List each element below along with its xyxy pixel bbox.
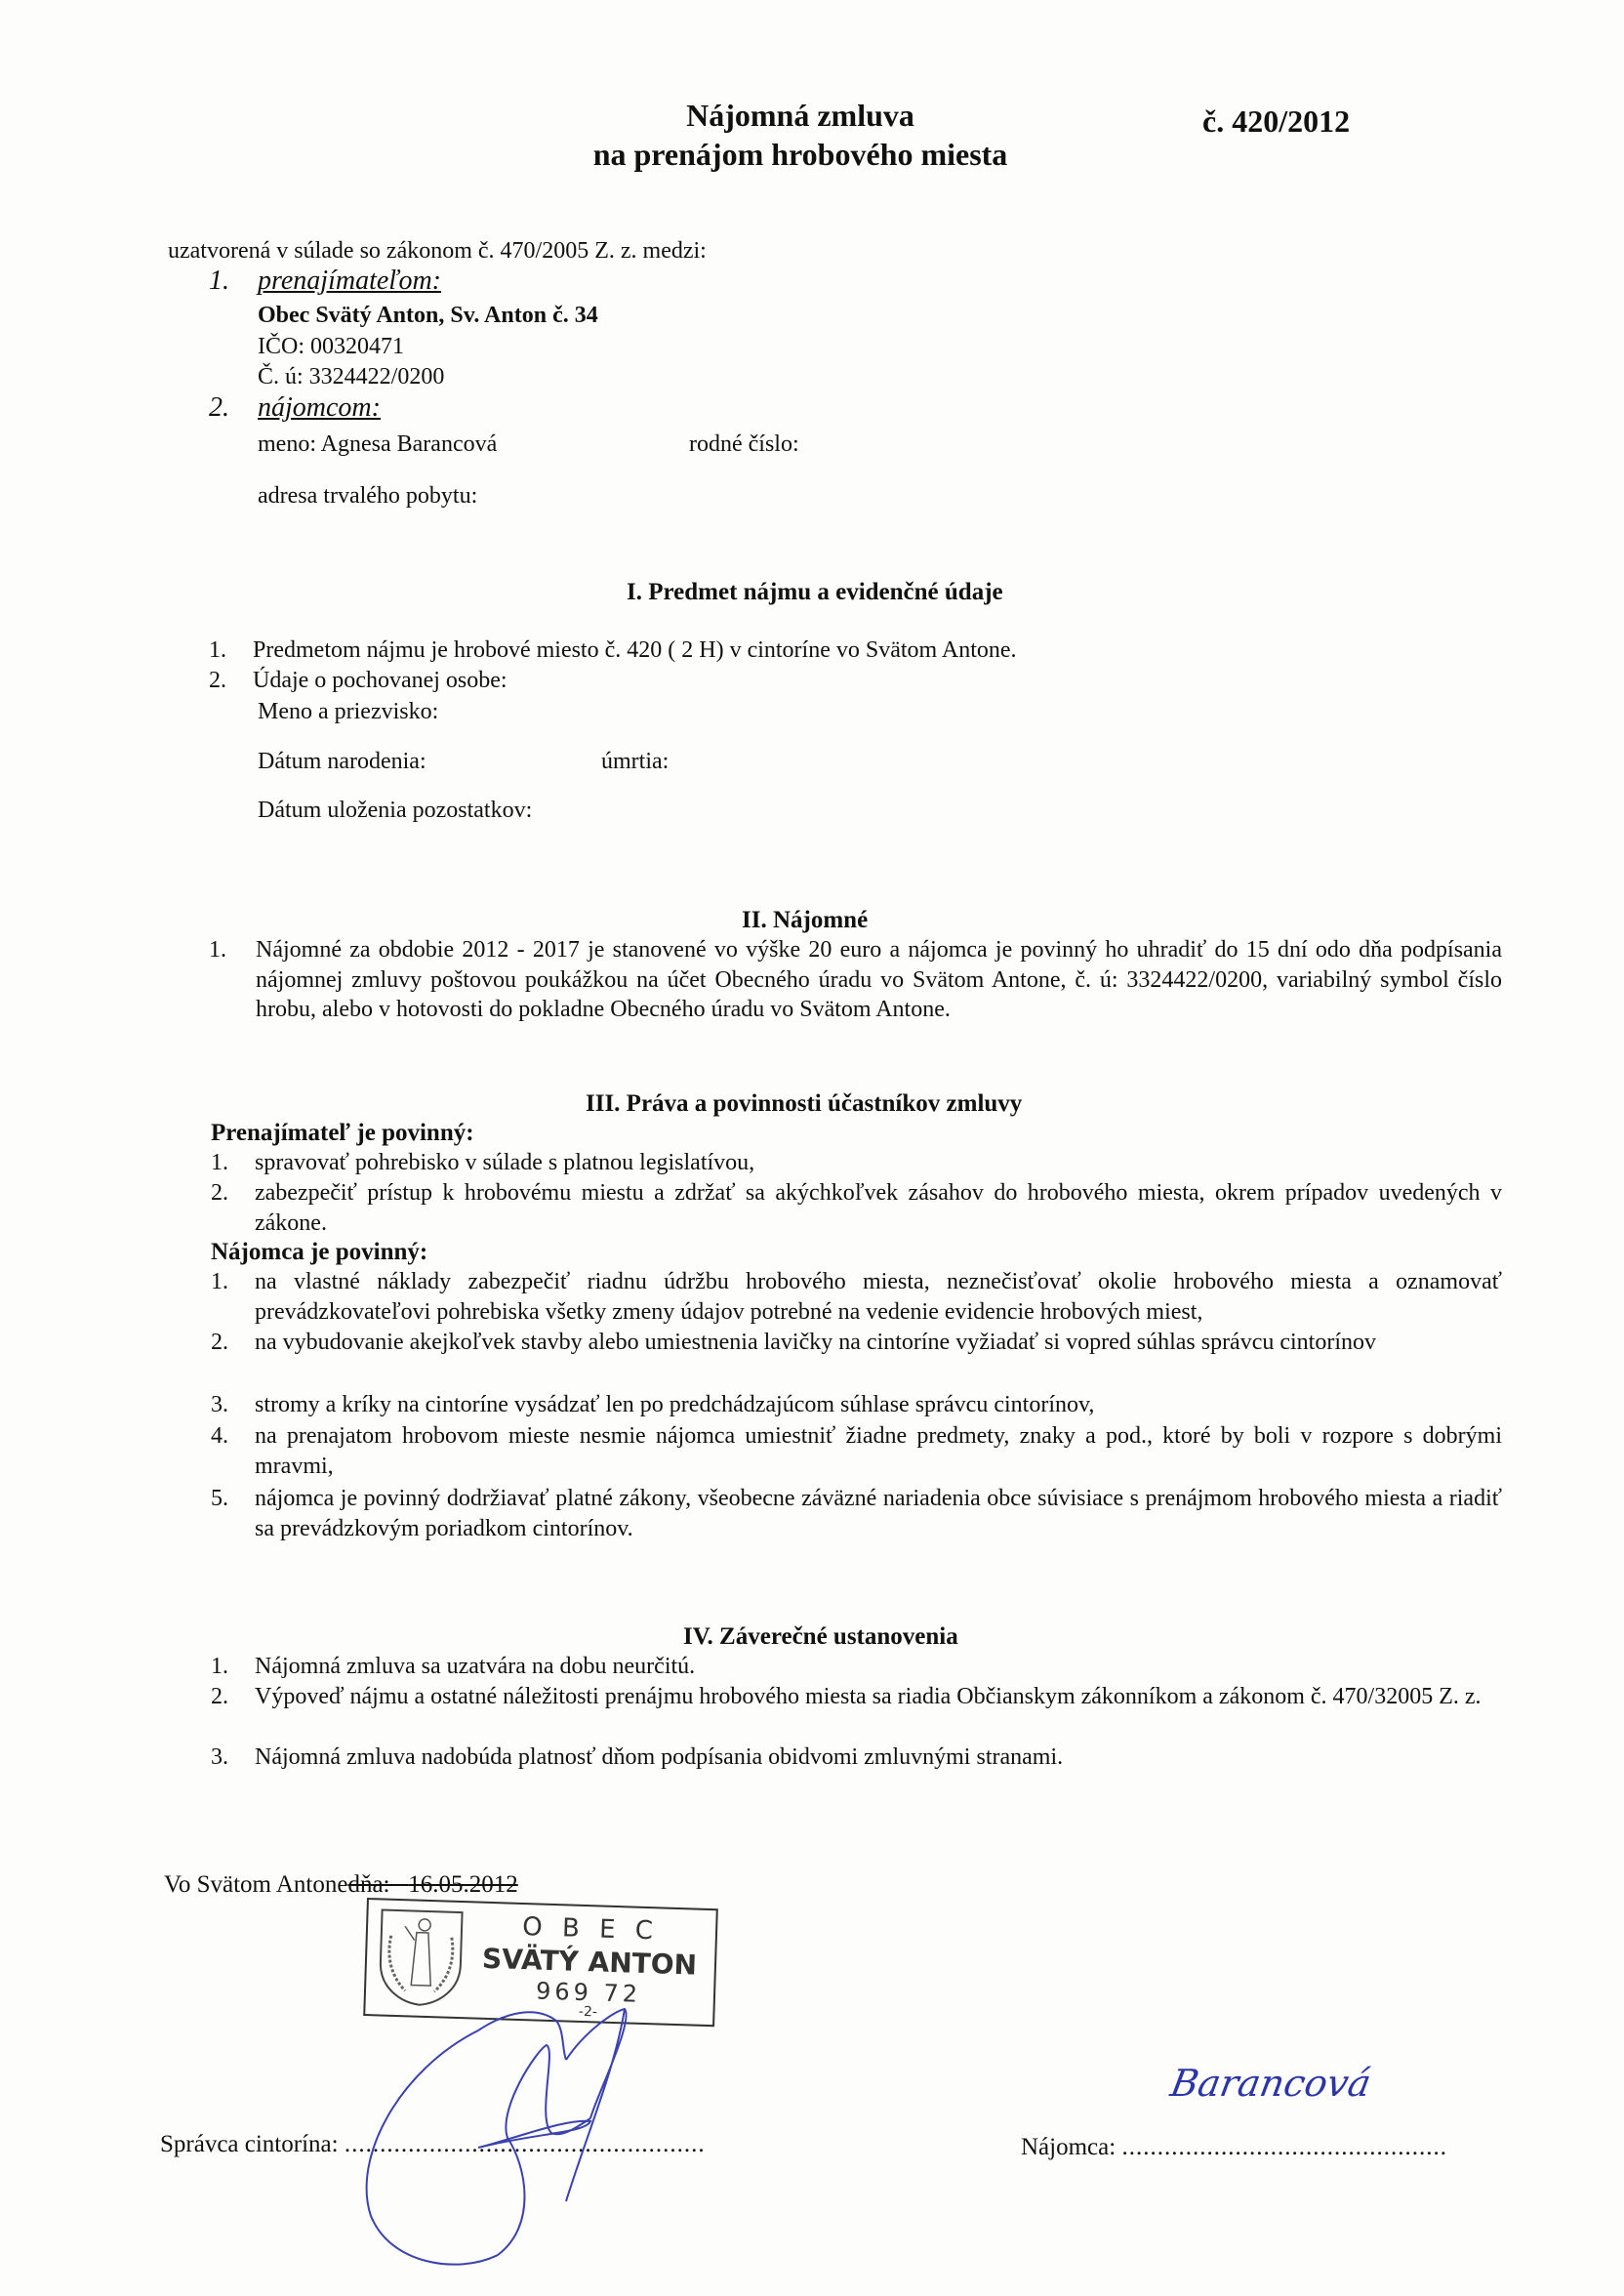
tenant-label: Nájomca:	[1021, 2134, 1116, 2160]
address-label: adresa trvalého pobytu:	[258, 481, 477, 511]
tenant-duties-heading: Nájomca je povinný:	[211, 1238, 427, 1267]
deceased-name-label: Meno a priezvisko:	[258, 697, 438, 726]
landlord-duties-heading: Prenajímateľ je povinný:	[211, 1119, 474, 1148]
stamp-line1: O B E C	[473, 1910, 709, 1947]
date-label-struck: dňa:	[347, 1871, 389, 1898]
party2-number: 2.	[209, 392, 229, 424]
tenant-signature: Barancová	[1167, 2062, 1374, 2105]
party1-role: prenajímateľom:	[258, 266, 441, 297]
intro-text: uzatvorená v súlade so zákonom č. 470/20…	[168, 236, 707, 266]
contract-number: č. 420/2012	[1202, 102, 1350, 141]
place-date-line: Vo Svätom Antonedňa: 16.05.2012	[164, 1870, 518, 1900]
party2-role: nájomcom:	[258, 392, 381, 424]
contract-date: 16.05.2012	[408, 1871, 518, 1898]
section2-heading: II. Nájomné	[742, 906, 868, 935]
manager-label: Správca cintorína:	[160, 2131, 339, 2157]
birth-number-label: rodné číslo:	[689, 430, 799, 459]
party1-ico: IČO: 00320471	[258, 332, 404, 361]
place-label: Vo Svätom Antone	[164, 1871, 347, 1898]
party1-account: Č. ú: 3324422/0200	[258, 362, 444, 391]
section3-heading: III. Práva a povinnosti účastníkov zmluv…	[586, 1089, 1022, 1119]
tenant-signature-line: Nájomca: ...............................…	[1021, 2133, 1447, 2162]
section2-item-1: 1. Nájomné za obdobie 2012 - 2017 je sta…	[209, 935, 1502, 1033]
birth-date-label: Dátum narodenia:	[258, 747, 426, 776]
manager-signature-icon	[342, 1991, 693, 2284]
party1-name: Obec Svätý Anton, Sv. Anton č. 34	[258, 301, 598, 330]
document-title-line1: Nájomná zmluva	[547, 96, 1054, 135]
burial-date-label: Dátum uloženia pozostatkov:	[258, 796, 532, 825]
tenant-signature-dots: ........................................…	[1121, 2134, 1447, 2160]
section1-heading: I. Predmet nájmu a evidenčné údaje	[627, 578, 1003, 607]
death-date-label: úmrtia:	[601, 747, 669, 776]
document-title-line2: na prenájom hrobového miesta	[547, 135, 1054, 174]
party1-number: 1.	[209, 266, 229, 297]
section4-heading: IV. Záverečné ustanovenia	[683, 1622, 958, 1652]
tenant-name: meno: Agnesa Barancová	[258, 430, 497, 459]
